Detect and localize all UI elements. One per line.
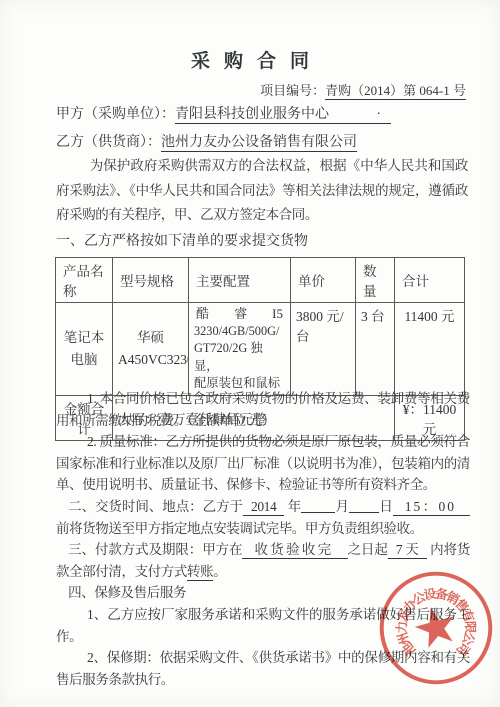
goods-table-header-row: 产品名称 型号规格 主要配置 单价 数量 合计 (56, 258, 465, 303)
clause-payment: 三、付款方式及期限：甲方在收货验收完之日起7 天 内将货款全部付清，支付方式转账… (56, 539, 470, 582)
section-one-heading: 一、乙方严格按如下清单的要求提交货物 (56, 230, 308, 250)
col-header-unit-price: 单价 (291, 258, 356, 303)
payment-days: 7 天 (388, 542, 427, 559)
party-a-mark: · (329, 107, 391, 123)
party-a-label: 甲方（采购单位）： (56, 107, 175, 122)
project-number-line: 项目编号：青购（2014）第 064-1 号 (260, 80, 466, 99)
cell-total: 11400 元 (395, 303, 465, 396)
contract-preamble: 为保护政府采购供需双方的合法权益，根据《中华人民共和国政府采购法》、《中华人民共… (56, 154, 468, 228)
goods-table-row: 笔记本电脑 华硕 A450VC3230 酷 睿 I5 3230/4GB/500G… (56, 303, 465, 396)
payment-method: 转账 (187, 564, 213, 581)
party-a-value: 青阳县科技创业服务中心· (175, 107, 391, 124)
delivery-month-blank (301, 498, 335, 513)
party-b-value: 池州力友办公设备销售有限公司 (161, 135, 357, 152)
contract-title: 采购合同 (0, 46, 500, 73)
delivery-year: 2014 (243, 499, 284, 516)
cell-model: 华硕 A450VC3230 (113, 303, 189, 396)
col-header-quantity: 数量 (356, 258, 395, 303)
col-header-total: 合计 (395, 258, 465, 303)
delivery-day-blank (349, 498, 379, 513)
party-b-label: 乙方（供货商）： (56, 135, 161, 150)
cell-quantity: 3 台 (356, 303, 395, 396)
warranty-item-1: 1、乙方应按厂家服务承诺和采购文件的服务承诺做好售后服务工作。 (56, 604, 470, 647)
payment-condition: 收货验收完 (242, 542, 347, 559)
clause-price: 1. 本合同价格已包含政府采购货物的价格及运费、装卸费等相关费用和所需缴纳的税费… (56, 388, 470, 431)
warranty-item-2: 2、保修期：依据采购文件、《供货承诺书》中的保修期内容和有关售后服务条款执行。 (56, 647, 470, 690)
col-header-model: 型号规格 (113, 258, 189, 303)
project-number-label: 项目编号： (260, 83, 325, 98)
clause-quality: 2. 质量标准：乙方所提供的货物必须是原厂原包装，质量必须符合国家标准和行业标准… (56, 431, 470, 496)
config-cpu-line: 酷 睿 I5 (194, 305, 285, 323)
col-header-product: 产品名称 (56, 258, 113, 303)
col-header-config: 主要配置 (189, 258, 291, 303)
section-four-heading: 四、保修及售后服务 (56, 582, 470, 604)
contract-page: 采购合同 项目编号：青购（2014）第 064-1 号 甲方（采购单位）：青阳县… (0, 0, 500, 707)
delivery-time: 15：00 (393, 499, 470, 516)
project-number-value: 青购（2014）第 064-1 号 (325, 83, 466, 100)
cell-product: 笔记本电脑 (56, 303, 113, 396)
clause-delivery: 二、交货时间、地点：乙方于2014 年月日15：00前将货物送至甲方指定地点安装… (56, 496, 470, 539)
contract-clauses: 1. 本合同价格已包含政府采购货物的价格及运费、装卸费等相关费用和所需缴纳的税费… (56, 388, 470, 690)
party-b-line: 乙方（供货商）：池州力友办公设备销售有限公司 (56, 131, 357, 151)
cell-unit-price: 3800 元/台 (291, 303, 356, 396)
cell-config: 酷 睿 I5 3230/4GB/500G/ GT720/2G 独显， 配原装包和… (189, 303, 291, 396)
party-a-line: 甲方（采购单位）：青阳县科技创业服务中心· (56, 103, 391, 123)
